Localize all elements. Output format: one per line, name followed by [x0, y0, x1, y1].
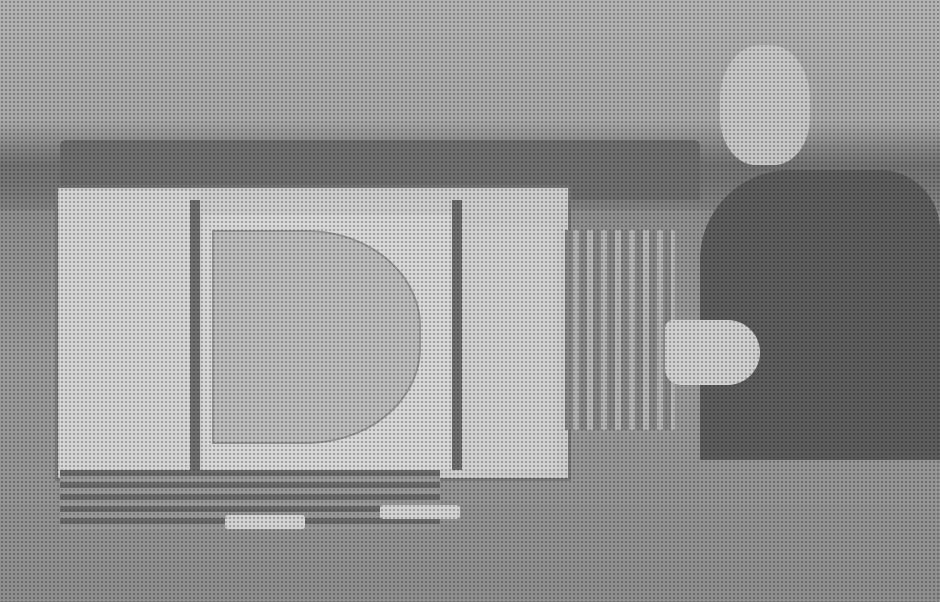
tv-right-panel	[462, 225, 557, 470]
tv-control-knob	[380, 505, 460, 519]
man-head	[720, 45, 810, 165]
tv-divider	[190, 200, 200, 470]
man-hand	[665, 320, 760, 385]
tv-left-panel	[60, 190, 190, 470]
tv-control-knob	[225, 515, 305, 529]
tv-side-grille	[565, 230, 675, 430]
tv-divider	[452, 200, 462, 470]
halftone-photograph	[0, 0, 940, 602]
tv-screen	[212, 230, 421, 444]
man-body	[700, 170, 940, 460]
